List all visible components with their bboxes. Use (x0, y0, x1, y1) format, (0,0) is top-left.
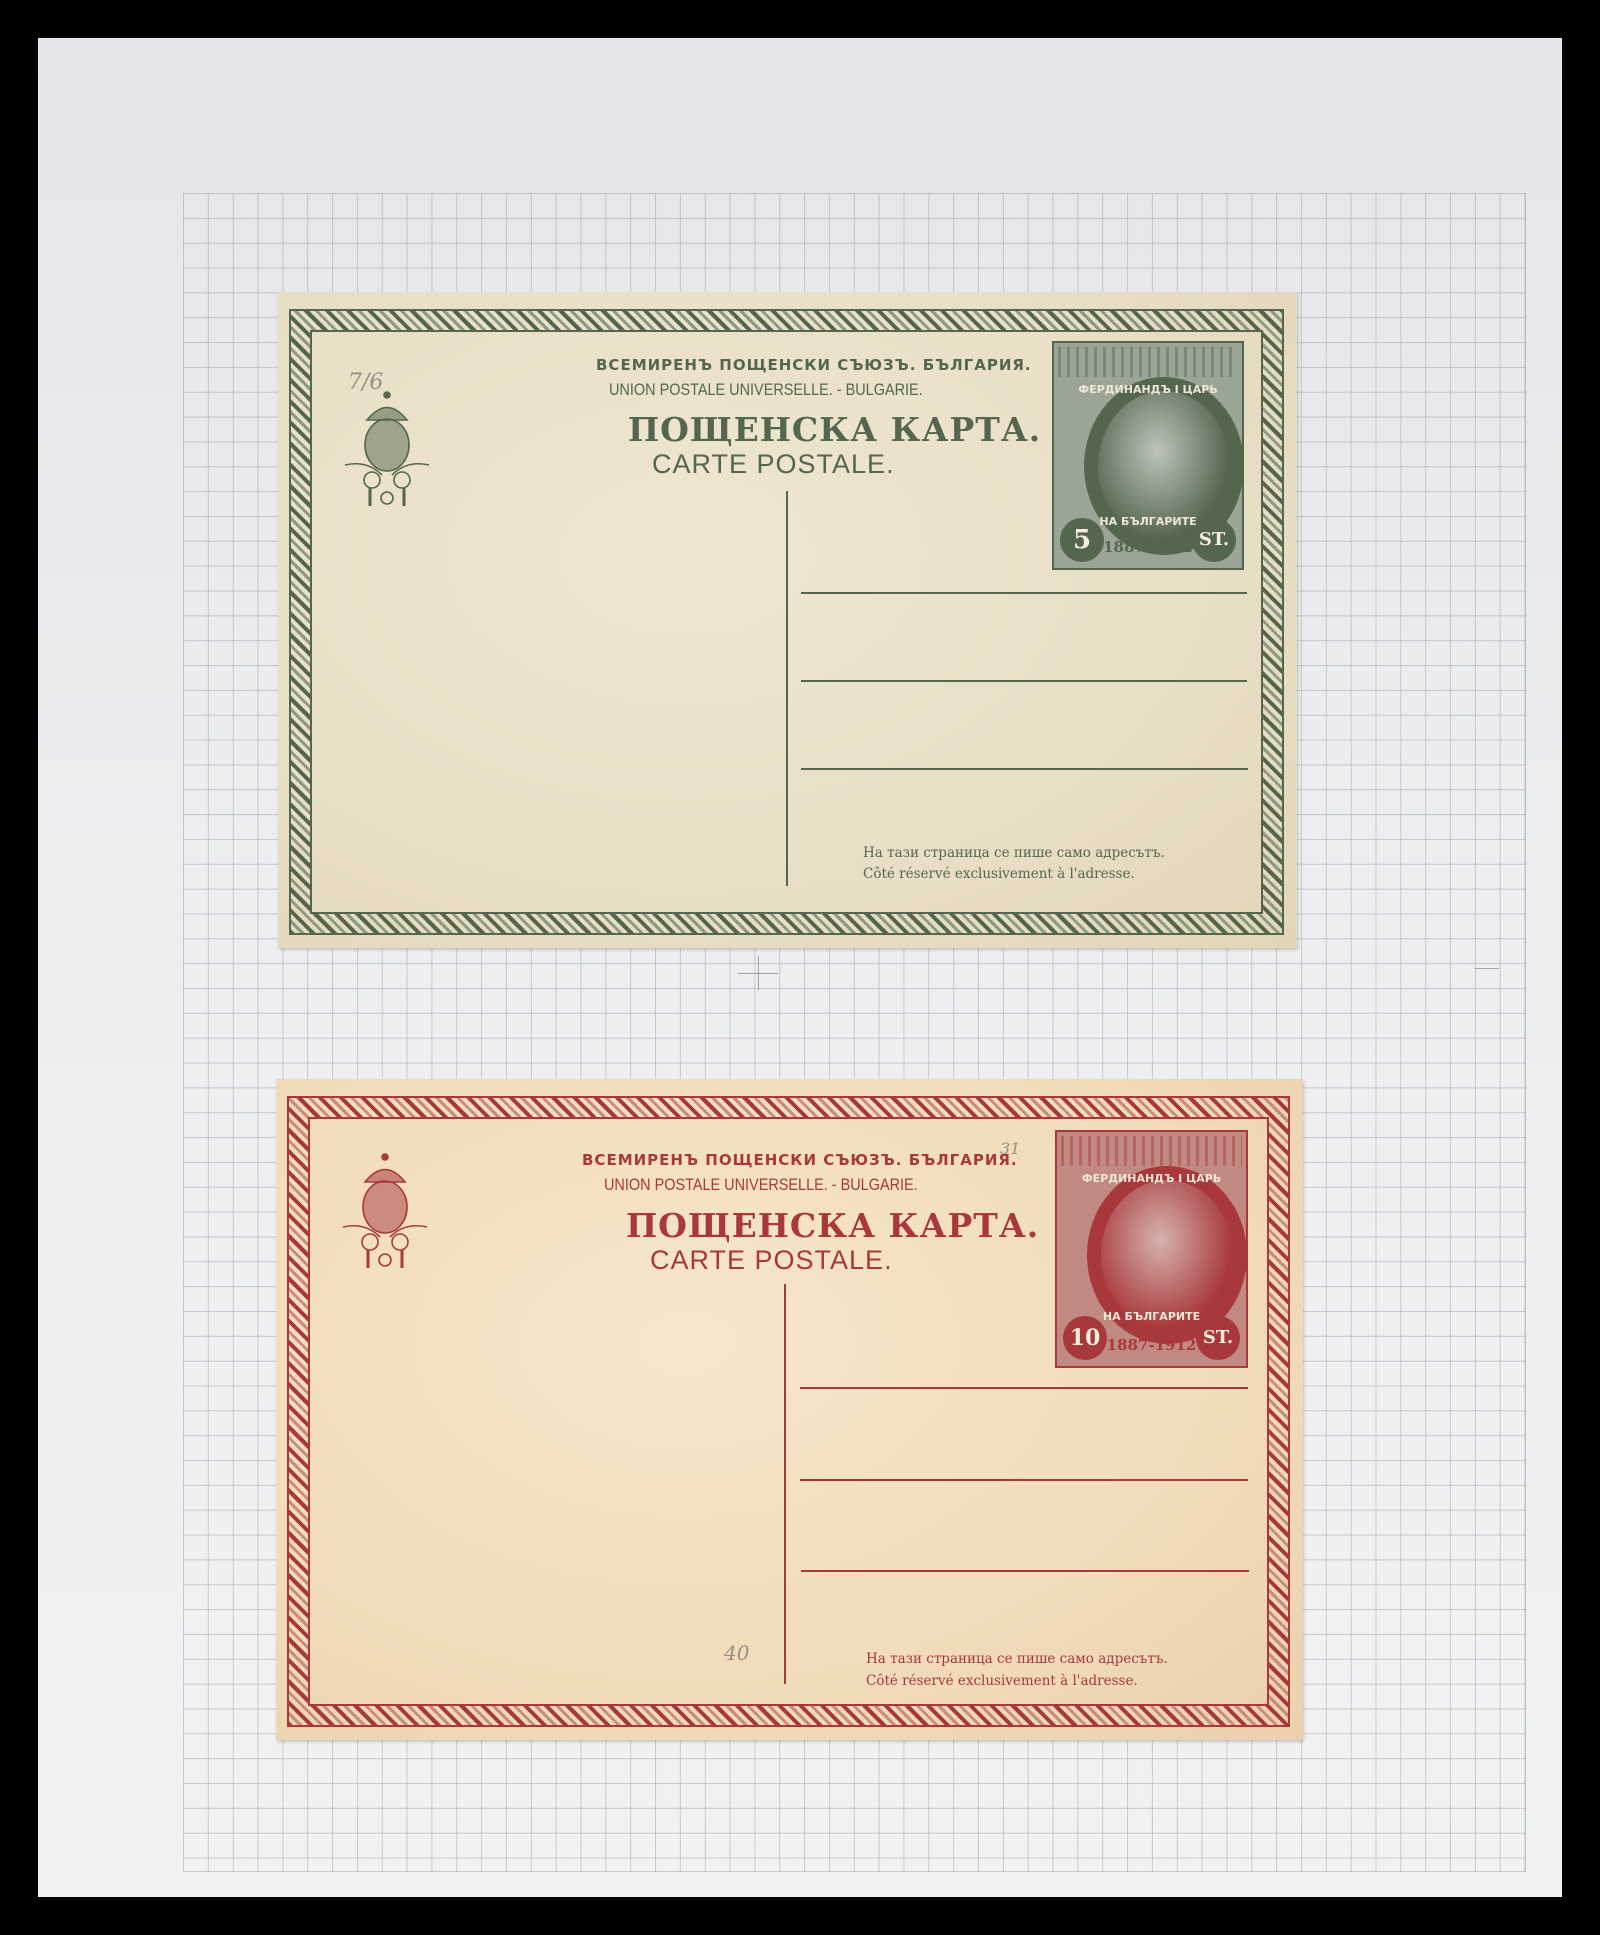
address-line (801, 1570, 1249, 1572)
divider-line (784, 1284, 786, 1684)
imprinted-stamp-5st: ФЕРДИНАНДЪ I ЦАРЬ НА БЪЛГАРИТЕ 5 1887-19… (1052, 341, 1244, 570)
stamp-heraldic-band (1061, 1136, 1242, 1166)
header-upu-french: UNION POSTALE UNIVERSELLE. - BULGARIE. (609, 380, 923, 400)
address-line (801, 592, 1247, 594)
edge-mark-right (1475, 968, 1499, 969)
header-cyrillic-upu: ВСЕМИРЕНЪ ПОЩЕНСКИ СЪЮЗЪ. БЪЛГАРИЯ. (596, 356, 1032, 374)
postcard-red-10st: ВСЕМИРЕНЪ ПОЩЕНСКИ СЪЮЗЪ. БЪЛГАРИЯ. 31 U… (276, 1079, 1303, 1740)
header-upu-french: UNION POSTALE UNIVERSELLE. - BULGARIE. (604, 1175, 918, 1195)
stamp-currency: ST. (1192, 518, 1236, 562)
stamp-arc-top: ФЕРДИНАНДЪ I ЦАРЬ (1057, 1172, 1246, 1185)
stamp-arc-top: ФЕРДИНАНДЪ I ЦАРЬ (1054, 383, 1242, 396)
stamp-currency: ST. (1196, 1316, 1240, 1360)
title-cyrillic: ПОЩЕНСКА КАРТА. (628, 410, 1041, 449)
address-line (800, 1479, 1248, 1481)
address-note-french: Côté réservé exclusivement à l'adresse. (863, 864, 1135, 884)
address-line (801, 680, 1247, 682)
divider-line (786, 491, 788, 886)
coat-of-arms-icon (340, 1152, 430, 1287)
address-line (800, 1387, 1248, 1389)
center-mark-vertical (758, 956, 759, 990)
coat-of-arms-icon (342, 390, 432, 525)
address-note-bulgarian: На тази страница се пише само адресътъ. (866, 1649, 1168, 1669)
address-note-french: Côté réservé exclusivement à l'adresse. (866, 1671, 1138, 1691)
header-cyrillic-upu: ВСЕМИРЕНЪ ПОЩЕНСКИ СЪЮЗЪ. БЪЛГАРИЯ. (582, 1151, 1018, 1169)
title-french: CARTE POSTALE. (650, 1245, 893, 1276)
pencil-annotation: 40 (724, 1641, 749, 1665)
address-line (801, 768, 1248, 770)
title-french: CARTE POSTALE. (652, 449, 895, 480)
title-cyrillic: ПОЩЕНСКА КАРТА. (626, 1206, 1039, 1245)
imprinted-stamp-10st: ФЕРДИНАНДЪ I ЦАРЬ НА БЪЛГАРИТЕ 10 1887-1… (1055, 1130, 1248, 1368)
postcard-green-5st: 7/6 ВСЕМИРЕНЪ ПОЩЕНСКИ СЪЮЗЪ. БЪЛГАРИЯ. … (278, 292, 1297, 948)
stamp-heraldic-band (1058, 347, 1238, 377)
address-note-bulgarian: На тази страница се пише само адресътъ. (863, 843, 1165, 863)
pencil-annotation: 31 (1000, 1139, 1020, 1158)
